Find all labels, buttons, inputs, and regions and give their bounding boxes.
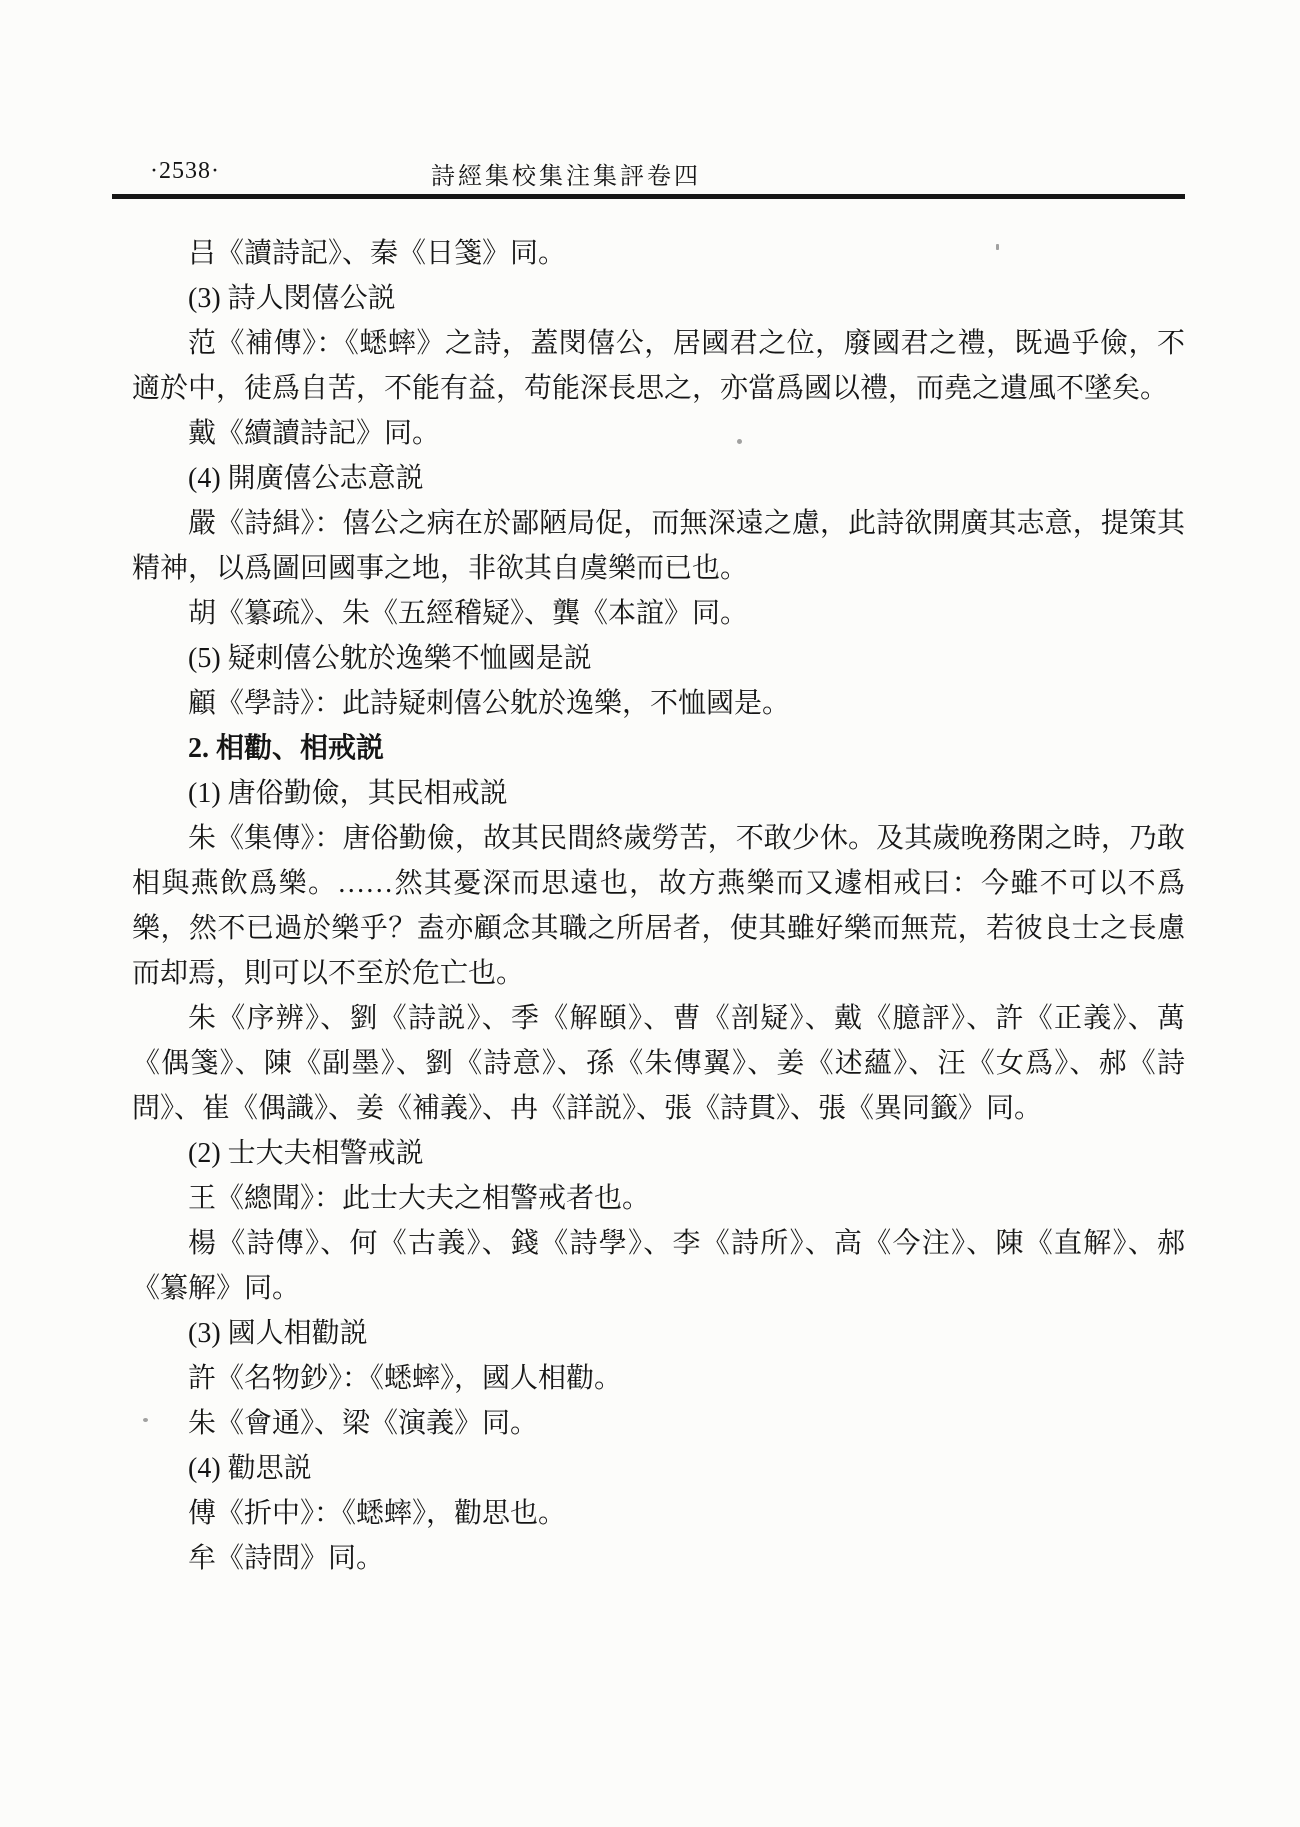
- subsection-heading: (3) 國人相勸説: [132, 1311, 1185, 1356]
- subsection-heading: (4) 開廣僖公志意説: [132, 456, 1185, 501]
- header-divider: [112, 194, 1185, 199]
- paragraph: 許《名物鈔》：《蟋蟀》，國人相勸。: [132, 1356, 1185, 1401]
- page-body: 吕《讀詩記》、秦《日箋》同。 (3) 詩人閔僖公説 范《補傳》：《蟋蟀》之詩，蓋…: [132, 231, 1185, 1581]
- paragraph: 顧《學詩》：此詩疑刺僖公躭於逸樂，不恤國是。: [132, 681, 1185, 726]
- paragraph: 朱《會通》、梁《演義》同。: [132, 1401, 1185, 1446]
- paragraph: 牟《詩問》同。: [132, 1536, 1185, 1581]
- subsection-heading: (1) 唐俗勤儉，其民相戒説: [132, 771, 1185, 816]
- paragraph: 傅《折中》：《蟋蟀》，勸思也。: [132, 1491, 1185, 1536]
- paragraph: 吕《讀詩記》、秦《日箋》同。: [132, 231, 1185, 276]
- subsection-heading: (4) 勸思説: [132, 1446, 1185, 1491]
- scan-artifact: [143, 1418, 148, 1422]
- paragraph: 嚴《詩緝》：僖公之病在於鄙陋局促，而無深遠之慮，此詩欲開廣其志意，提策其精神，以…: [132, 501, 1185, 591]
- paragraph: 朱《序辨》、劉《詩説》、季《解頤》、曹《剖疑》、戴《臆評》、許《正義》、萬《偶箋…: [132, 996, 1185, 1131]
- paragraph: 范《補傳》：《蟋蟀》之詩，蓋閔僖公，居國君之位，廢國君之禮，既過乎儉，不適於中，…: [132, 321, 1185, 411]
- scan-artifact: [860, 517, 864, 521]
- paragraph: 王《總聞》：此士大夫之相警戒者也。: [132, 1176, 1185, 1221]
- paragraph: 胡《纂疏》、朱《五經稽疑》、龔《本誼》同。: [132, 591, 1185, 636]
- scan-artifact: [996, 244, 999, 250]
- running-title: 詩經集校集注集評卷四: [0, 156, 1132, 191]
- section-heading: 2. 相勸、相戒説: [132, 726, 1185, 771]
- subsection-heading: (2) 士大夫相警戒説: [132, 1131, 1185, 1176]
- subsection-heading: (5) 疑刺僖公躭於逸樂不恤國是説: [132, 636, 1185, 681]
- subsection-heading: (3) 詩人閔僖公説: [132, 276, 1185, 321]
- scanned-book-page: ·2538· 詩經集校集注集評卷四 吕《讀詩記》、秦《日箋》同。 (3) 詩人閔…: [0, 0, 1300, 1827]
- paragraph: 楊《詩傳》、何《古義》、錢《詩學》、李《詩所》、高《今注》、陳《直解》、郝《纂解…: [132, 1221, 1185, 1311]
- scan-artifact: [737, 439, 742, 444]
- paragraph: 戴《續讀詩記》同。: [132, 411, 1185, 456]
- paragraph: 朱《集傳》：唐俗勤儉，故其民間終歲勞苦，不敢少休。及其歲晚務閑之時，乃敢相與燕飲…: [132, 816, 1185, 996]
